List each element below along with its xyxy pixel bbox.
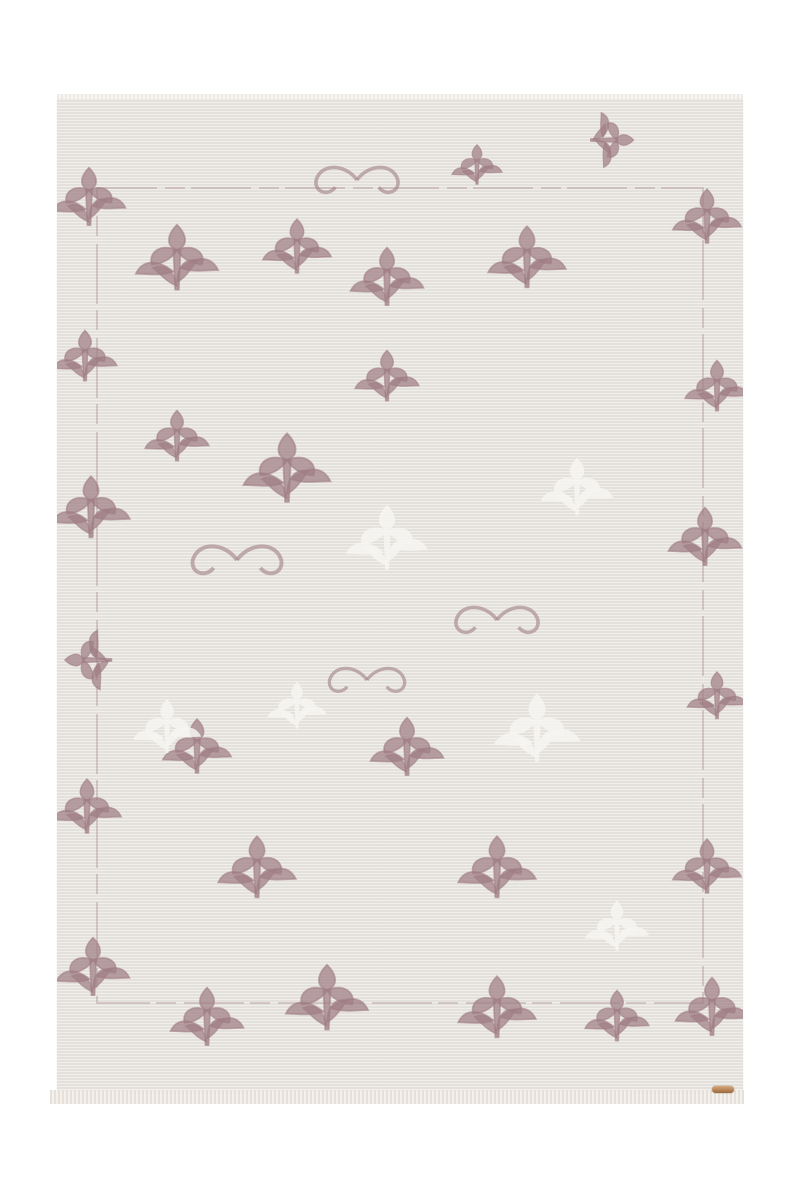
rug-pattern bbox=[57, 100, 743, 1093]
rug-fringe-bottom bbox=[50, 1090, 744, 1104]
brand-label-tag bbox=[712, 1086, 734, 1093]
